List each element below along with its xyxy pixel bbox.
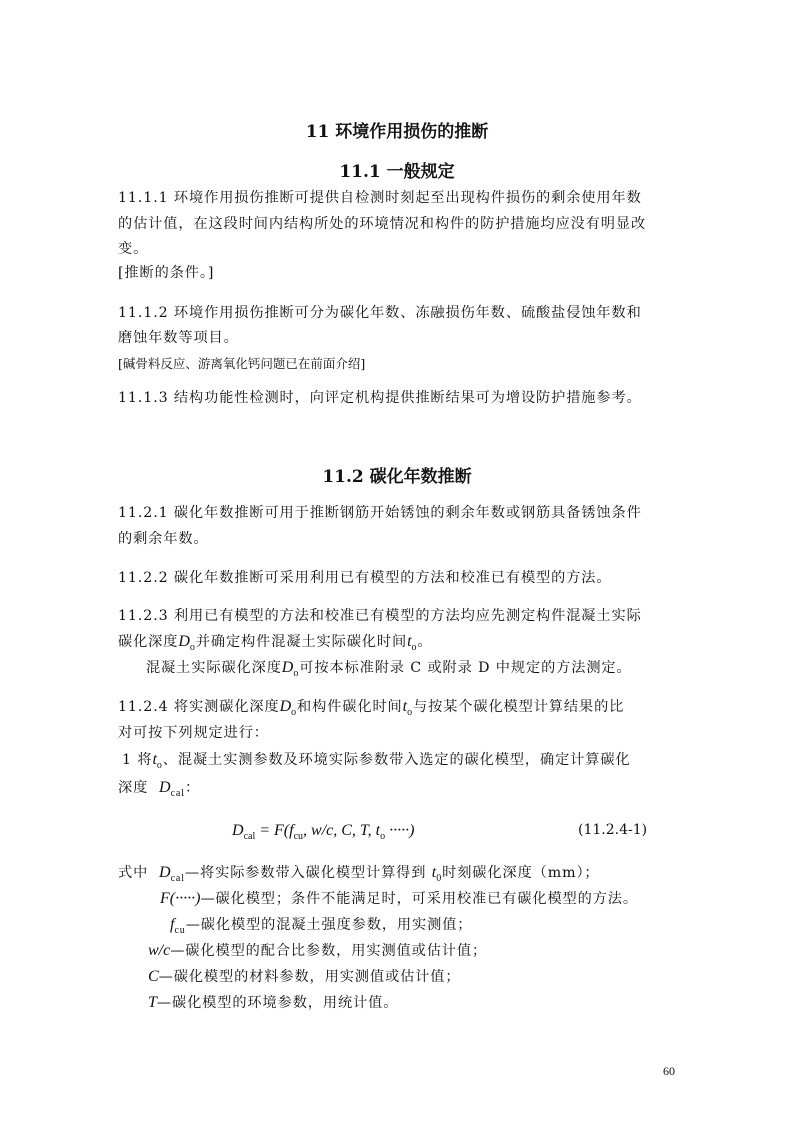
- item-1-line1: 1 将to、混凝土实测参数及环境实际参数带入选定的碳化模型，确定计算碳化: [122, 749, 631, 771]
- section-title-11-2: 11.2 碳化年数推断: [0, 462, 794, 487]
- where-t: T—碳化模型的环境参数，用统计值。: [148, 992, 398, 1012]
- clause-11-1-1-line1: 11.1.1 环境作用损伤推断可提供自检测时刻起至出现构件损伤的剩余使用年数: [118, 187, 642, 207]
- where-fcu: fcu—碳化模型的混凝土强度参数，用实测值；: [170, 914, 472, 936]
- clause-11-2-1-line1: 11.2.1 碳化年数推断可用于推断钢筋开始锈蚀的剩余年数或钢筋具备锈蚀条件: [118, 502, 642, 522]
- item-1-line2: 深度 Dcal：: [118, 777, 200, 799]
- clause-11-2-3-line1: 11.2.3 利用已有模型的方法和校准已有模型的方法均应先测定构件混凝土实际: [118, 605, 642, 625]
- clause-11-2-2-line1: 11.2.2 碳化年数推断可采用利用已有模型的方法和校准已有模型的方法。: [118, 567, 611, 587]
- where-c: C—碳化模型的材料参数，用实测值或估计值；: [148, 966, 460, 986]
- clause-11-1-2-line1: 11.1.2 环境作用损伤推断可分为碳化年数、冻融损伤年数、硫酸盐侵蚀年数和: [118, 302, 642, 322]
- clause-11-2-3-line2: 碳化深度Do并确定构件混凝土实际碳化时间to。: [118, 631, 433, 653]
- section-title-11-1: 11.1 一般规定: [0, 157, 794, 182]
- clause-11-1-2-line2: 磨蚀年数等项目。: [118, 327, 239, 347]
- clause-11-1-1-line3: 变。: [118, 238, 148, 258]
- clause-11-1-1-note: [推断的条件。]: [118, 262, 214, 282]
- clause-11-1-1-line2: 的估计值，在这段时间内结构所处的环境情况和构件的防护措施均应没有明显改: [118, 213, 646, 233]
- equation-number: (11.2.4-1): [578, 822, 647, 838]
- clause-11-1-2-note: [碱骨料反应、游离氧化钙问题已在前面介绍]: [118, 354, 365, 372]
- where-d-cal: 式中 Dcal—将实际参数带入碳化模型计算得到 t0时刻碳化深度（mm）；: [118, 862, 600, 884]
- chapter-title: 11 环境作用损伤的推断: [0, 117, 794, 142]
- page-number: 60: [663, 1064, 675, 1079]
- where-f-model: F(·····)—碳化模型；条件不能满足时，可采用校准已有碳化模型的方法。: [160, 888, 638, 908]
- clause-11-2-1-line2: 的剩余年数。: [118, 528, 209, 548]
- where-wc: w/c—碳化模型的配合比参数，用实测值或估计值；: [148, 940, 487, 960]
- equation-11-2-4-1: Dcal = F(fcu, w/c, C, T, to ·····): [232, 820, 414, 842]
- clause-11-2-4-line2: 对可按下列规定进行：: [118, 722, 269, 742]
- clause-11-2-4-line1: 11.2.4 将实测碳化深度Do和构件碳化时间to与按某个碳化模型计算结果的比: [118, 696, 624, 718]
- clause-11-2-3-line3: 混凝土实际碳化深度Do可按本标准附录 C 或附录 D 中规定的方法测定。: [146, 657, 632, 679]
- clause-11-1-3-line1: 11.1.3 结构功能性检测时，向评定机构提供推断结果可为增设防护措施参考。: [118, 387, 642, 407]
